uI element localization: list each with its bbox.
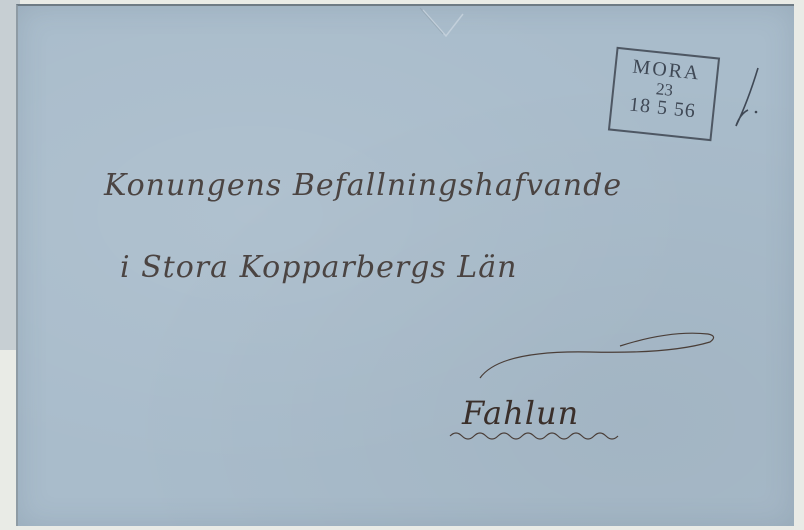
- address-line-2: i Stora Kopparbergs Län: [120, 250, 517, 285]
- address-line-3: Fahlun: [462, 394, 579, 432]
- postmark-stamp: MORA 23 18 5 56: [608, 47, 720, 141]
- address-line-1: Konungens Befallningshafvande: [104, 168, 622, 203]
- check-mark-icon: [730, 66, 770, 136]
- paper-crease-icon: [418, 6, 488, 46]
- wavy-underline-icon: [448, 428, 623, 442]
